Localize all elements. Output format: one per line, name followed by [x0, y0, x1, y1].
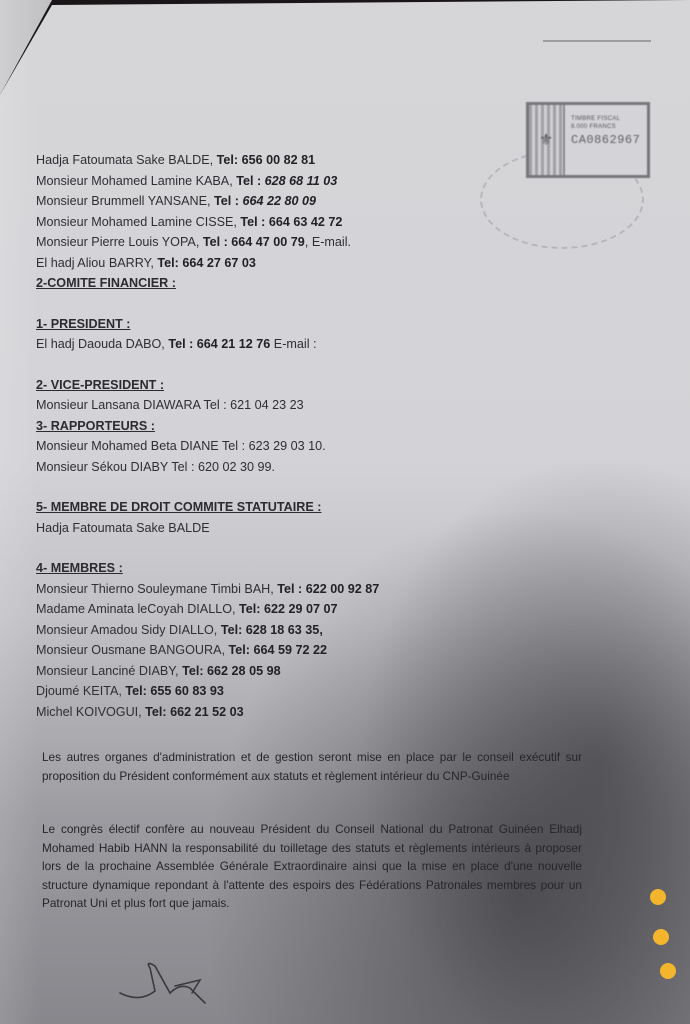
tel-number: 664 47 00 79 [231, 235, 305, 249]
tel-label: Tel : [171, 460, 198, 474]
tel-label: Tel : [277, 582, 305, 596]
tel-label: Tel: [228, 643, 253, 657]
list-item: Madame Aminata leCoyah DIALLO, Tel: 622 … [36, 599, 596, 620]
tel-label: Tel : [236, 174, 264, 188]
tel-number: 620 02 30 99. [198, 460, 275, 474]
president-tel-label: Tel : [168, 337, 196, 351]
tel-number: 628 68 11 03 [265, 174, 338, 188]
menu-dot-icon[interactable] [660, 963, 676, 979]
member-name: Monsieur Sékou DIABY [36, 460, 171, 474]
paragraph-congres: Le congrès électif confère au nouveau Pr… [42, 820, 582, 913]
tel-number: 664 63 42 72 [269, 215, 343, 229]
member-name: Monsieur Lanciné DIABY, [36, 664, 182, 678]
tel-number: 664 22 80 09 [242, 194, 316, 208]
member-name: Monsieur Mohamed Beta DIANE [36, 439, 222, 453]
list-item: Monsieur Amadou Sidy DIALLO, Tel: 628 18… [36, 620, 596, 641]
tel-number: 664 27 67 03 [182, 256, 256, 270]
entry-suffix: , E-mail. [305, 235, 351, 249]
member-name: Madame Aminata leCoyah DIALLO, [36, 602, 239, 616]
tel-number: 623 29 03 10. [249, 439, 326, 453]
vice-president-tel-label: Tel : [204, 398, 231, 412]
list-item: Monsieur Mohamed Lamine CISSE, Tel : 664… [36, 212, 596, 233]
tel-label: Tel : [214, 194, 242, 208]
list-item: Michel KOIVOGUI, Tel: 662 21 52 03 [36, 702, 596, 723]
membre-droit-name: Hadja Fatoumata Sake BALDE [36, 518, 596, 539]
vice-president-tel: 621 04 23 23 [230, 398, 304, 412]
president-suffix: E-mail : [270, 337, 316, 351]
member-name: Michel KOIVOGUI, [36, 705, 145, 719]
list-item: Monsieur Thierno Souleymane Timbi BAH, T… [36, 579, 596, 600]
member-list: Hadja Fatoumata Sake BALDE, Tel: 656 00 … [36, 150, 596, 722]
tel-label: Tel: [182, 664, 207, 678]
member-name: Monsieur Pierre Louis YOPA, [36, 235, 203, 249]
stamp-serial: CA0862967 [571, 133, 647, 147]
vice-president-heading: 2- VICE-PRESIDENT : [36, 375, 596, 396]
president-name: El hadj Daouda DABO, [36, 337, 168, 351]
member-name: Monsieur Mohamed Lamine KABA, [36, 174, 236, 188]
tel-label: Tel: [221, 623, 246, 637]
tel-number: 664 59 72 22 [253, 643, 327, 657]
vice-president-entry: Monsieur Lansana DIAWARA Tel : 621 04 23… [36, 395, 596, 416]
list-item: Monsieur Pierre Louis YOPA, Tel : 664 47… [36, 232, 596, 253]
tel-number: 662 28 05 98 [207, 664, 281, 678]
list-item: El hadj Aliou BARRY, Tel: 664 27 67 03 [36, 253, 596, 274]
paragraph-organes: Les autres organes d'administration et d… [42, 748, 582, 785]
list-item: Monsieur Mohamed Lamine KABA, Tel : 628 … [36, 171, 596, 192]
list-item: Monsieur Mohamed Beta DIANE Tel : 623 29… [36, 436, 596, 457]
membre-droit-heading: 5- MEMBRE DE DROIT COMMITE STATUTAIRE : [36, 497, 596, 518]
rapporteurs-list: Monsieur Mohamed Beta DIANE Tel : 623 29… [36, 436, 596, 477]
list-item: Djoumé KEITA, Tel: 655 60 83 93 [36, 681, 596, 702]
tel-label: Tel: [157, 256, 182, 270]
member-name: Monsieur Ousmane BANGOURA, [36, 643, 228, 657]
member-name: Djoumé KEITA, [36, 684, 125, 698]
member-name: Monsieur Amadou Sidy DIALLO, [36, 623, 221, 637]
tel-number: 622 29 07 07 [264, 602, 338, 616]
president-heading: 1- PRESIDENT : [36, 314, 596, 335]
membres-heading: 4- MEMBRES : [36, 558, 596, 579]
section-heading-financier: 2-COMITE FINANCIER : [36, 273, 596, 294]
tel-label: Tel: [145, 705, 170, 719]
tel-number: 622 00 92 87 [306, 582, 380, 596]
top-rule-line [543, 40, 651, 42]
tel-label: Tel: [217, 153, 242, 167]
stamp-label-2: 8.000 FRANCS [571, 123, 647, 131]
tel-number: 655 60 83 93 [150, 684, 224, 698]
list-item: Monsieur Lanciné DIABY, Tel: 662 28 05 9… [36, 661, 596, 682]
stamp-label-1: TIMBRE FISCAL [571, 115, 647, 123]
president-tel: 664 21 12 76 [197, 337, 271, 351]
menu-dot-icon[interactable] [653, 929, 669, 945]
tel-label: Tel : [222, 439, 249, 453]
member-name: Monsieur Thierno Souleymane Timbi BAH, [36, 582, 277, 596]
tel-number: 662 21 52 03 [170, 705, 244, 719]
tel-label: Tel : [240, 215, 268, 229]
top-members-list: Hadja Fatoumata Sake BALDE, Tel: 656 00 … [36, 150, 596, 273]
president-entry: El hadj Daouda DABO, Tel : 664 21 12 76 … [36, 334, 596, 355]
list-item: Monsieur Sékou DIABY Tel : 620 02 30 99. [36, 457, 596, 478]
member-name: Monsieur Mohamed Lamine CISSE, [36, 215, 240, 229]
member-name: Monsieur Brummell YANSANE, [36, 194, 214, 208]
list-item: Monsieur Brummell YANSANE, Tel : 664 22 … [36, 191, 596, 212]
tel-label: Tel: [239, 602, 264, 616]
membres-list: Monsieur Thierno Souleymane Timbi BAH, T… [36, 579, 596, 723]
list-item: Hadja Fatoumata Sake BALDE, Tel: 656 00 … [36, 150, 596, 171]
tel-label: Tel: [125, 684, 150, 698]
tel-number: 656 00 82 81 [242, 153, 316, 167]
tel-label: Tel : [203, 235, 231, 249]
member-name: Hadja Fatoumata Sake BALDE, [36, 153, 217, 167]
menu-dot-icon[interactable] [650, 889, 666, 905]
member-name: El hadj Aliou BARRY, [36, 256, 157, 270]
signature-icon [110, 958, 250, 1008]
rapporteurs-heading: 3- RAPPORTEURS : [36, 416, 596, 437]
vice-president-name: Monsieur Lansana DIAWARA [36, 398, 204, 412]
list-item: Monsieur Ousmane BANGOURA, Tel: 664 59 7… [36, 640, 596, 661]
tel-number: 628 18 63 35, [246, 623, 323, 637]
